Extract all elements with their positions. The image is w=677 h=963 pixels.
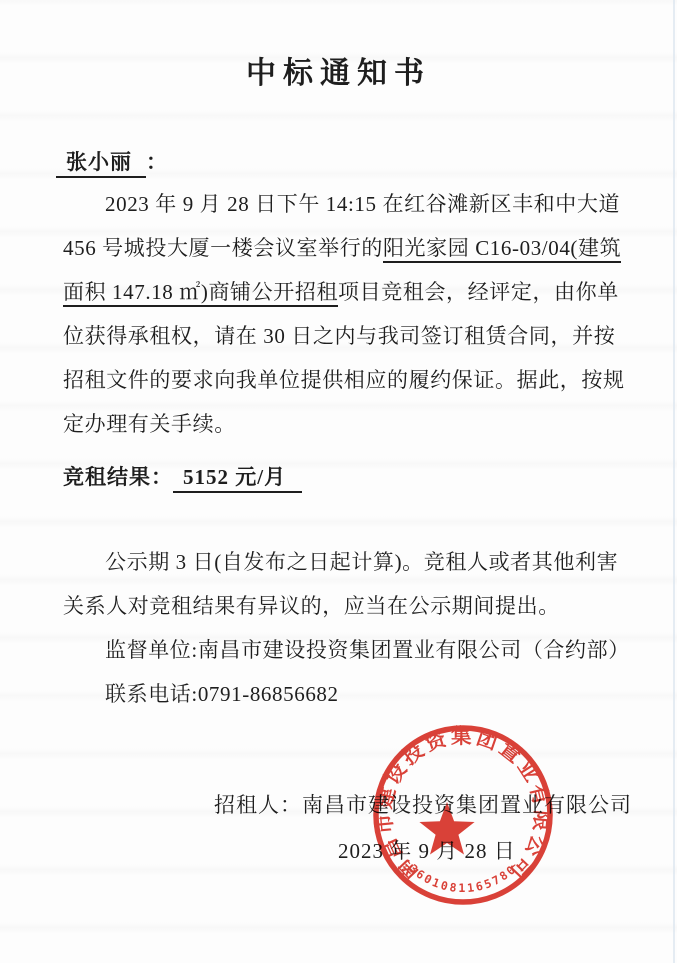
addressee-line: 张小丽： [56, 146, 168, 176]
body-underlined-segment: 阳光家园 C16-03/04(建筑 [383, 236, 621, 263]
company-seal-stamp: 南昌市建设投资集团置业有限公司 3601081165780 [357, 713, 569, 925]
body-underlined-segment: 面积 147.18 ㎡)商铺公开招租 [63, 280, 338, 307]
body-line: 位获得承租权，请在 30 日之内与我司签订租赁合同，并按 [63, 314, 621, 358]
supervisor-line: 监督单位:南昌市建设投资集团置业有限公司（合约部） [63, 628, 621, 672]
body-text-segment: 项目竞租会，经评定，由你单 [338, 280, 619, 304]
body-text-segment: 2023 年 9 月 28 日下午 14:15 在红谷滩新区丰和中大道 [105, 192, 620, 216]
contact-phone-line: 联系电话:0791-86856682 [63, 672, 621, 716]
body-text-segment: 定办理有关手续。 [63, 412, 236, 436]
body-line: 面积 147.18 ㎡)商铺公开招租项目竞租会，经评定，由你单 [63, 270, 621, 314]
seal-star-icon [419, 802, 474, 855]
rent-result-label: 竞租结果： [63, 465, 173, 489]
body-line: 2023 年 9 月 28 日下午 14:15 在红谷滩新区丰和中大道 [63, 182, 621, 226]
body-paragraph: 2023 年 9 月 28 日下午 14:15 在红谷滩新区丰和中大道 456 … [63, 182, 621, 446]
body-line: 招租文件的要求向我单位提供相应的履约保证。据此，按规 [63, 358, 621, 402]
body-text-segment: 456 号城投大厦一楼会议室举行的 [63, 236, 383, 260]
publicity-notice: 公示期 3 日(自发布之日起计算)。竞租人或者其他利害 关系人对竞租结果有异议的… [63, 540, 621, 716]
seal-company-text: 南昌市建设投资集团置业有限公司 [371, 724, 554, 886]
document-title: 中标通知书 [0, 48, 677, 92]
rent-result-value: 5152 元/月 [173, 465, 302, 493]
addressee-colon: ： [146, 150, 168, 174]
notice-line: 公示期 3 日(自发布之日起计算)。竞租人或者其他利害 [63, 540, 621, 584]
body-line: 定办理有关手续。 [63, 402, 621, 446]
body-text-segment: 招租文件的要求向我单位提供相应的履约保证。据此，按规 [63, 368, 625, 392]
addressee-name: 张小丽 [56, 150, 146, 178]
body-line: 456 号城投大厦一楼会议室举行的阳光家园 C16-03/04(建筑 [63, 226, 621, 270]
body-text-segment: 位获得承租权，请在 30 日之内与我司签订租赁合同，并按 [63, 324, 615, 348]
rent-result-line: 竞租结果：5152 元/月 [63, 461, 302, 491]
notice-line: 关系人对竞租结果有异议的，应当在公示期间提出。 [63, 584, 621, 628]
award-notice-document: 中标通知书 张小丽： 2023 年 9 月 28 日下午 14:15 在红谷滩新… [0, 0, 677, 963]
